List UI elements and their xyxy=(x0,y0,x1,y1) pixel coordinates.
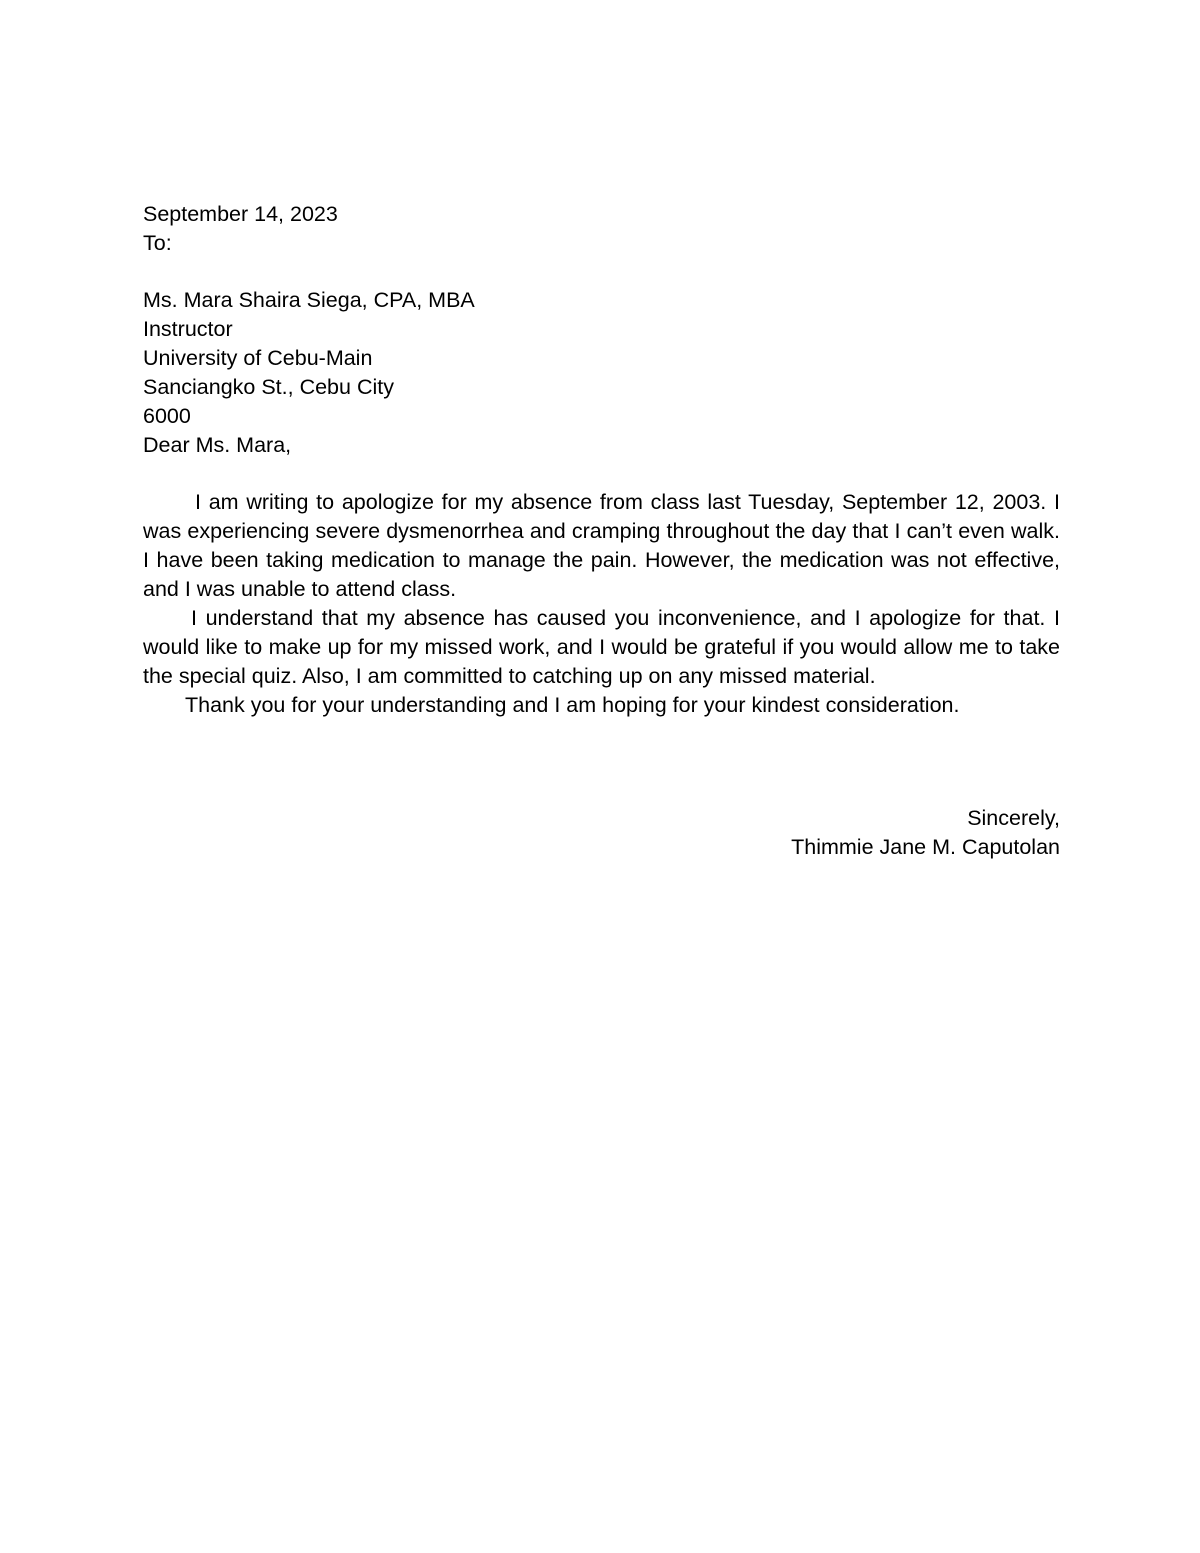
signature-name: Thimmie Jane M. Caputolan xyxy=(143,833,1060,862)
salutation: Dear Ms. Mara, xyxy=(143,431,1060,460)
closing: Sincerely, xyxy=(143,804,1060,833)
letter-to-label: To: xyxy=(143,229,1060,258)
body-paragraph-2: I understand that my absence has caused … xyxy=(143,604,1060,691)
body-paragraph-1: I am writing to apologize for my absence… xyxy=(143,488,1060,604)
body-paragraph-3: Thank you for your understanding and I a… xyxy=(143,691,1060,720)
recipient-block: Ms. Mara Shaira Siega, CPA, MBA Instruct… xyxy=(143,286,1060,431)
recipient-postal-code: 6000 xyxy=(143,402,1060,431)
signature-block: Sincerely, Thimmie Jane M. Caputolan xyxy=(143,804,1060,862)
recipient-institution: University of Cebu-Main xyxy=(143,344,1060,373)
letter-page: September 14, 2023 To: Ms. Mara Shaira S… xyxy=(0,0,1200,1553)
recipient-title: Instructor xyxy=(143,315,1060,344)
recipient-street: Sanciangko St., Cebu City xyxy=(143,373,1060,402)
recipient-name: Ms. Mara Shaira Siega, CPA, MBA xyxy=(143,286,1060,315)
letter-date: September 14, 2023 xyxy=(143,200,1060,229)
